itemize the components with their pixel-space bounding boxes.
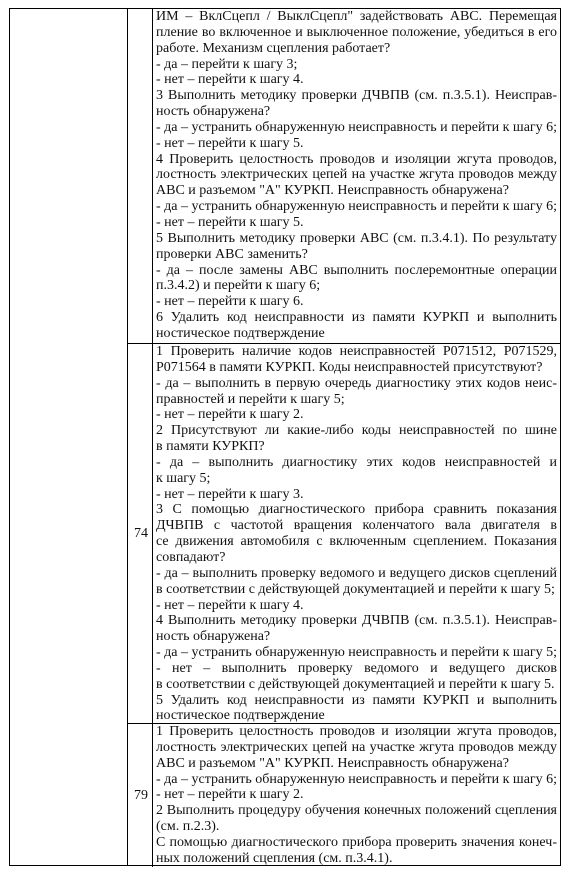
- text-line: проверки АВС заменить?: [156, 247, 557, 263]
- row-steps-text: 1 Проверить наличие кодов неисправностей…: [153, 344, 560, 724]
- text-line: 1 Проверить наличие кодов неисправностей…: [156, 344, 557, 360]
- merged-first-column-cell: [10, 9, 128, 865]
- text-line: к шагу 5;: [156, 471, 557, 487]
- text-line: совпадают?: [156, 550, 557, 566]
- text-line: ностическое подтверждение: [156, 326, 557, 342]
- text-line: - да – выполнить диагностику этих кодов …: [156, 455, 557, 471]
- table-row: ИМ – ВклСцепл / ВыклСцепл" задействовать…: [128, 9, 560, 343]
- text-line: - да – устранить обнаруженную неисправно…: [156, 199, 557, 215]
- text-line: - нет – перейти к шагу 2.: [156, 407, 557, 423]
- text-line: (см. п.2.3).: [156, 819, 557, 835]
- text-line: 3 С помощью диагностического прибора сра…: [156, 502, 557, 518]
- text-line: 3 Выполнить методику проверки ДЧВПВ (см.…: [156, 88, 557, 104]
- text-line: 1 Проверить целостность проводов и изоля…: [156, 724, 557, 740]
- text-line: в соответствии с действующей документаци…: [156, 582, 557, 598]
- text-line: С помощью диагностического прибора прове…: [156, 835, 557, 851]
- text-line: АВС и разъемом "А" КУРКП. Неисправность …: [156, 183, 557, 199]
- text-line: ИМ – ВклСцепл / ВыклСцепл" задействовать…: [156, 9, 557, 25]
- text-line: P071564 в памяти КУРКП. Коды неисправнос…: [156, 360, 557, 376]
- table-row: 74 1 Проверить наличие кодов неисправнос…: [128, 343, 560, 723]
- text-line: в памяти КУРКП?: [156, 439, 557, 455]
- text-line: п.3.4.2) и перейти к шагу 6;: [156, 278, 557, 294]
- text-line: - нет – выполнить проверку ведомого и ве…: [156, 661, 557, 677]
- text-line: в соответствии с действующей документаци…: [156, 677, 557, 693]
- text-line: 5 Удалить код неисправности из памяти КУ…: [156, 693, 557, 709]
- text-line: ность обнаружена?: [156, 629, 557, 645]
- row-number-cell: 79: [128, 724, 153, 867]
- diagnostic-table: ИМ – ВклСцепл / ВыклСцепл" задействовать…: [9, 8, 561, 866]
- text-line: - да – после замены АВС выполнить послер…: [156, 263, 557, 279]
- row-number-cell: 74: [128, 344, 153, 723]
- table-row: 79 1 Проверить целостность проводов и из…: [128, 723, 560, 867]
- text-line: правностей и перейти к шагу 5;: [156, 392, 557, 408]
- row-steps-text: 1 Проверить целостность проводов и изоля…: [153, 724, 560, 867]
- text-line: пление во включенное и выключенное полож…: [156, 25, 557, 41]
- text-line: - нет – перейти к шагу 3.: [156, 487, 557, 503]
- text-line: - нет – перейти к шагу 6.: [156, 294, 557, 310]
- text-line: - да – выполнить проверку ведомого и вед…: [156, 566, 557, 582]
- text-line: - да – устранить обнаруженную неисправно…: [156, 120, 557, 136]
- row-steps-text: ИМ – ВклСцепл / ВыклСцепл" задействовать…: [153, 9, 560, 342]
- row-number-cell: [128, 9, 153, 343]
- text-line: ных положений сцепления (см. п.3.4.1).: [156, 851, 557, 867]
- text-line: - нет – перейти к шагу 4.: [156, 598, 557, 614]
- text-line: 4 Проверить целостность проводов и изоля…: [156, 152, 557, 168]
- text-line: - да – устранить обнаруженную неисправно…: [156, 645, 557, 661]
- text-line: се движения автомобиля с включенным сцеп…: [156, 534, 557, 550]
- text-line: 2 Присутствуют ли какие-либо коды неиспр…: [156, 423, 557, 439]
- text-line: работе. Механизм сцепления работает?: [156, 41, 557, 57]
- text-line: 6 Удалить код неисправности из памяти КУ…: [156, 310, 557, 326]
- text-line: - нет – перейти к шагу 4.: [156, 72, 557, 88]
- text-line: лостность электрических цепей на участке…: [156, 167, 557, 183]
- text-line: ность обнаружена?: [156, 104, 557, 120]
- text-line: - нет – перейти к шагу 5.: [156, 215, 557, 231]
- text-line: АВС и разъемом "А" КУРКП. Неисправность …: [156, 756, 557, 772]
- text-line: - нет – перейти к шагу 2.: [156, 787, 557, 803]
- text-line: 4 Выполнить методику проверки ДЧВПВ (см.…: [156, 613, 557, 629]
- text-line: лостность электрических цепей на участке…: [156, 740, 557, 756]
- text-line: - да – устранить обнаруженную неисправно…: [156, 772, 557, 788]
- text-line: - да – выполнить в первую очередь диагно…: [156, 376, 557, 392]
- text-line: ностическое подтверждение: [156, 708, 557, 724]
- text-line: - да – перейти к шагу 3;: [156, 57, 557, 73]
- text-line: - нет – перейти к шагу 5.: [156, 136, 557, 152]
- text-line: 2 Выполнить процедуру обучения конечных …: [156, 803, 557, 819]
- text-line: 5 Выполнить методику проверки АВС (см. п…: [156, 231, 557, 247]
- text-line: ДЧВПВ с частотой вращения коленчатого ва…: [156, 518, 557, 534]
